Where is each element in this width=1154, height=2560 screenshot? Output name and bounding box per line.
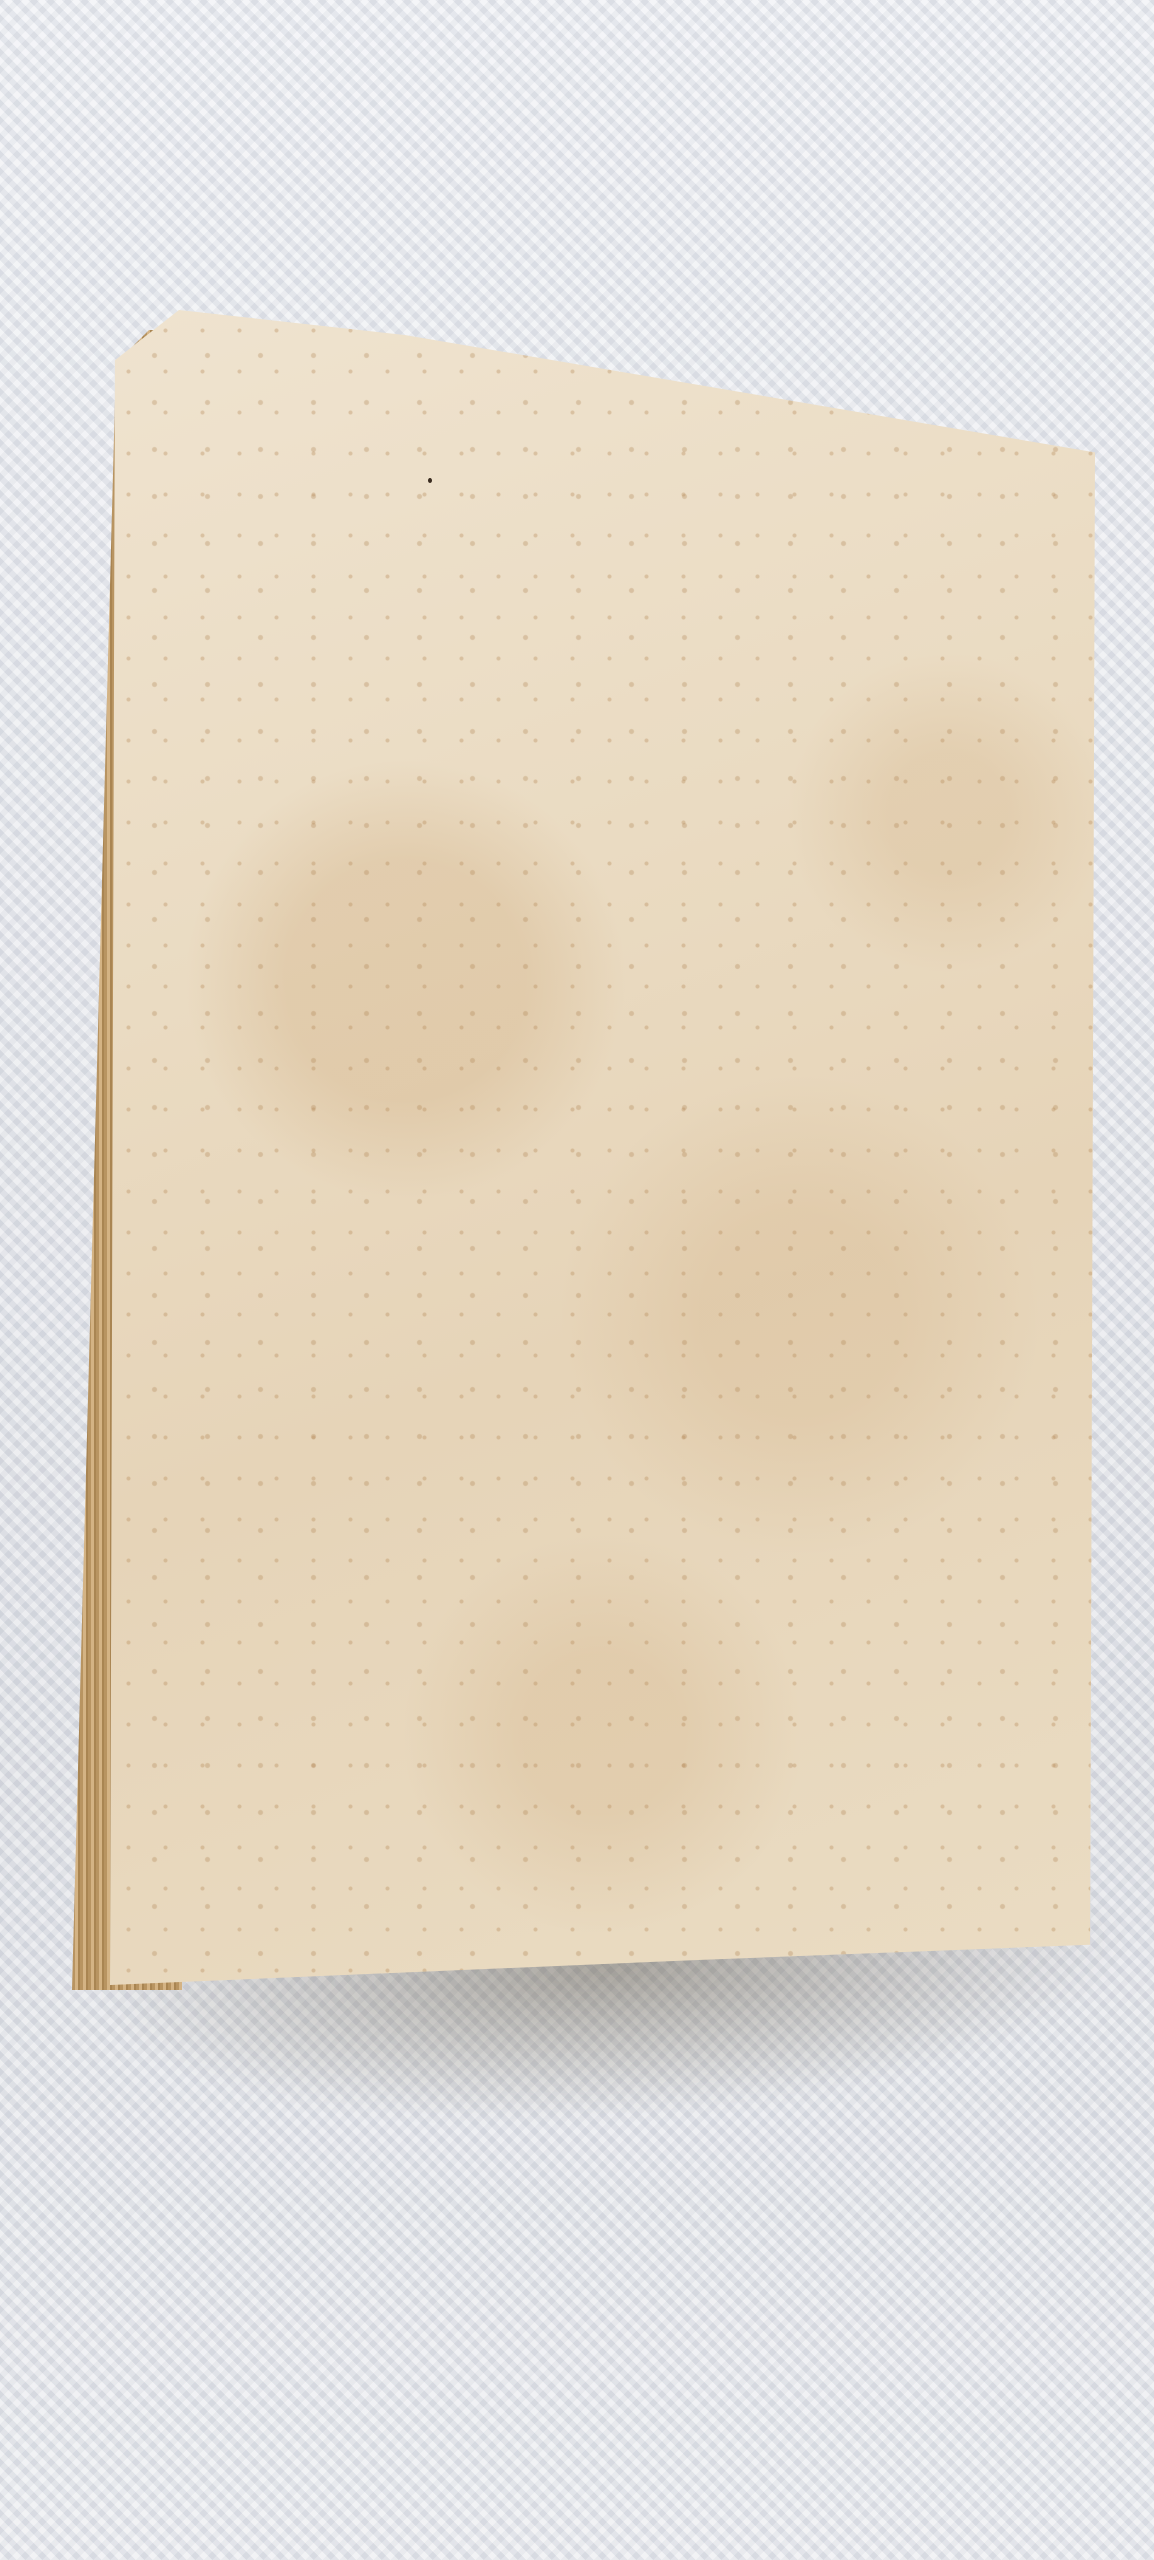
photo-scene — [0, 0, 1154, 2560]
foxing-stains — [110, 310, 1095, 1985]
book-back-cover — [110, 310, 1095, 1985]
ink-speck — [428, 478, 432, 483]
